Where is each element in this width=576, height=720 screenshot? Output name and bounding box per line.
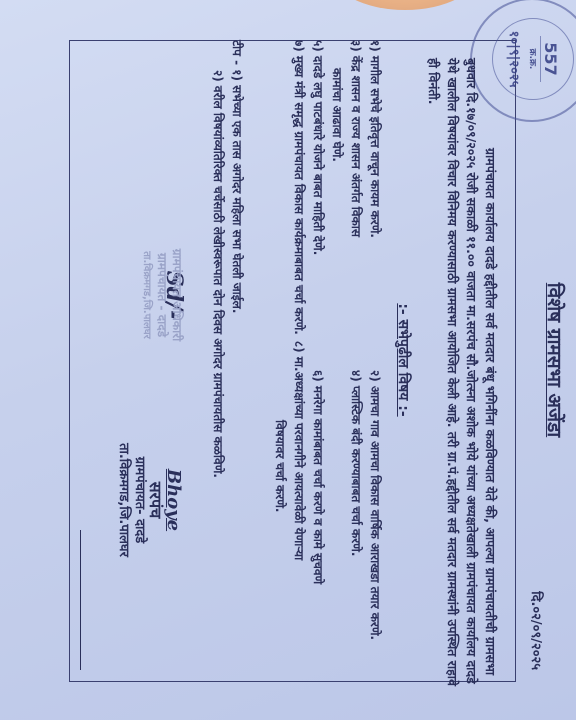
agenda-item-3-cont: कामांचा आढावा घेणे. xyxy=(327,40,346,398)
agenda-item-7: ७) मुख्य मंत्री समृद्ध ग्रामपंचायत विकास… xyxy=(289,40,308,335)
agenda-item-6: ६) मनरेगा कामांबाबत चर्चा करणे व कामे सु… xyxy=(308,370,327,690)
officer-signature-block: Sd/- ग्रामपंचायत अधिकारी ग्रामपंचायत - द… xyxy=(139,210,181,380)
stamp-date: १०|९|२०२५ xyxy=(506,31,524,88)
agenda-items: १) मागील सभेचे इतिवृत्त वाचून कायम करणे.… xyxy=(270,40,384,690)
officer-line3: ता.विक्रमगड,जि.पालघर xyxy=(139,210,154,380)
document-date: दि.०२/०९/२०२५ xyxy=(528,591,546,670)
agenda-item-2: २) आमचा गाव आमचा विकास वार्षिक आराखडा तय… xyxy=(365,370,384,690)
sarpanch-signature-block: Bhoye सरपंच ग्रामपंचायत- दादडे ता.विक्रम… xyxy=(115,410,181,590)
sarpanch-line3: ता.विक्रमगड,जि.पालघर xyxy=(115,410,131,590)
officer-title: ग्रामपंचायत अधिकारी xyxy=(169,210,184,380)
intro-paragraph: ग्रामपंचायत कार्यालय दादडे हद्दीतील सर्व… xyxy=(424,58,500,690)
officer-line2: ग्रामपंचायत - दादडे xyxy=(154,210,169,380)
sarpanch-signature: Bhoye xyxy=(165,410,181,590)
agenda-item-5: ५) दादडे लघु पाटबंधारे योजने बाबत माहिती… xyxy=(308,40,327,370)
agenda-item-3: ३) केंद्र शासन व राज्य शासन अंतर्गत विका… xyxy=(346,40,365,370)
agenda-item-8-cont: विषयावर चर्चा करणे. xyxy=(270,370,289,690)
agenda-document: 557 क्र.क्र. १०|९|२०२५ विशेष ग्रामसभा अज… xyxy=(56,10,576,710)
agenda-item-4: ४) प्लास्टिक बंदी करण्याबाबत चर्चा करणे. xyxy=(346,370,365,690)
agenda-item-8: ८) मा.अध्यक्षांच्या परवानगीने आयत्यावेळी… xyxy=(289,335,308,560)
subjects-heading: :- सभेपुढील विषय :- xyxy=(394,10,413,710)
agenda-item-1: १) मागील सभेचे इतिवृत्त वाचून कायम करणे. xyxy=(365,40,384,370)
sarpanch-role: सरपंच xyxy=(147,410,163,590)
sarpanch-line2: ग्रामपंचायत- दादडे xyxy=(131,410,147,590)
divider-line xyxy=(80,530,81,670)
stamp-label: क्र.क्र. xyxy=(527,49,540,70)
note-1: टीप - १) सभेच्या एक तास अगोदर महिला सभा … xyxy=(227,40,246,690)
notes-section: टीप - १) सभेच्या एक तास अगोदर महिला सभा … xyxy=(208,40,246,690)
note-2: २) वरील विषयांव्यतिरिक्त चर्चेसाठी लेखीस… xyxy=(208,40,227,690)
